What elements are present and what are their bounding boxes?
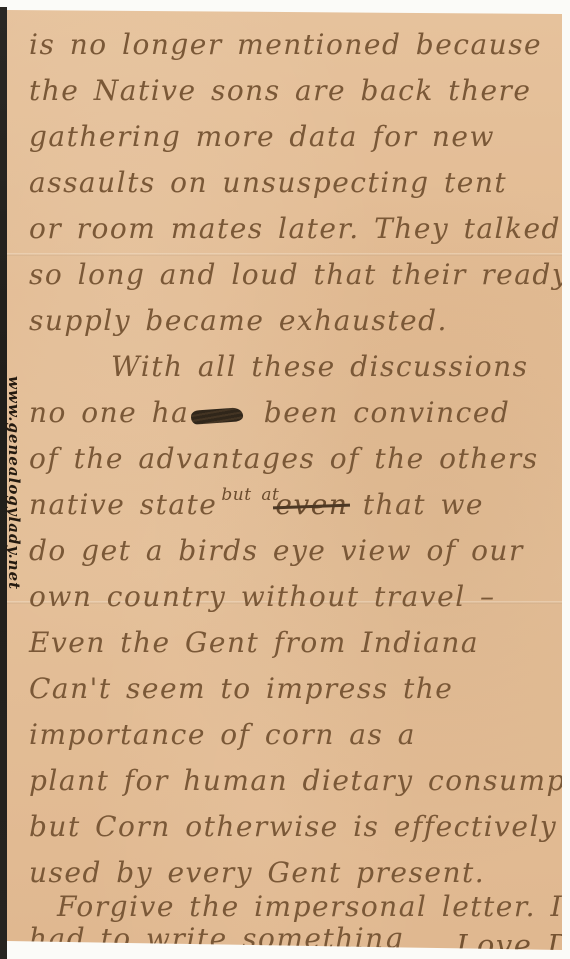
text-segment: Can't seem to impress the: [29, 672, 453, 705]
text-segment: is no longer mentioned because: [29, 28, 542, 61]
text-segment: of the advantages of the others: [29, 442, 539, 475]
text-segment: so long and loud that their ready: [29, 258, 569, 291]
letter-line: native statebut ateven that we: [29, 488, 563, 534]
signature: Love Daddy: [456, 928, 570, 959]
scanned-letter-image: is no longer mentioned becausethe Native…: [0, 0, 570, 959]
letter-body: is no longer mentioned becausethe Native…: [29, 28, 563, 952]
text-segment: gathering more data for new: [29, 120, 495, 153]
letter-line: no one has been convinced: [29, 396, 563, 442]
letter-line: importance of corn as a: [29, 718, 563, 764]
text-segment: no one ha: [29, 396, 189, 429]
text-segment: or room mates later. They talked: [29, 212, 561, 245]
letter-line: gathering more data for new: [29, 120, 563, 166]
text-segment: supply became exhausted.: [29, 304, 448, 337]
letter-line: but Corn otherwise is effectively: [29, 810, 563, 856]
text-segment: plant for human dietary consumption,: [29, 764, 570, 797]
scribble-blot: s: [191, 407, 244, 425]
letter-line: plant for human dietary consumption,: [29, 764, 563, 810]
letter-line: With all these discussions: [29, 350, 563, 396]
text-segment: the Native sons are back there: [29, 74, 532, 107]
text-segment: own country without travel –: [29, 580, 496, 613]
text-segment: native state: [29, 488, 217, 521]
letter-line: of the advantages of the others: [29, 442, 563, 488]
letter-line: supply became exhausted.: [29, 304, 563, 350]
letter-line: or room mates later. They talked: [29, 212, 563, 258]
letter-line: is no longer mentioned because: [29, 28, 563, 74]
watermark: www.genealogylady.net: [5, 376, 23, 590]
letter-line: so long and loud that their ready: [29, 258, 563, 304]
text-segment: Forgive the impersonal letter. I just: [57, 890, 570, 923]
text-segment: been convinced: [249, 396, 510, 429]
strikethrough-word: even: [275, 488, 348, 521]
inserted-word: but at: [221, 485, 279, 505]
letter-line: the Native sons are back there: [29, 74, 563, 120]
text-segment: With all these discussions: [111, 350, 529, 383]
text-segment: that we: [348, 488, 484, 521]
letter-line: assaults on unsuspecting tent: [29, 166, 563, 212]
text-segment: do get a birds eye view of our: [29, 534, 524, 567]
letter-page: is no longer mentioned becausethe Native…: [7, 9, 562, 950]
letter-line: had to write somethingLove Daddy: [29, 921, 563, 952]
text-segment: used by every Gent present.: [29, 856, 485, 889]
text-segment: had to write something: [29, 922, 404, 955]
text-segment: but Corn otherwise is effectively: [29, 810, 557, 843]
letter-line: own country without travel –: [29, 580, 563, 626]
letter-line: Even the Gent from Indiana: [29, 626, 563, 672]
text-segment: assaults on unsuspecting tent: [29, 166, 507, 199]
letter-line: Forgive the impersonal letter. I just: [29, 890, 563, 921]
letter-line: do get a birds eye view of our: [29, 534, 563, 580]
text-segment: Even the Gent from Indiana: [29, 626, 479, 659]
letter-line: Can't seem to impress the: [29, 672, 563, 718]
text-segment: importance of corn as a: [29, 718, 416, 751]
